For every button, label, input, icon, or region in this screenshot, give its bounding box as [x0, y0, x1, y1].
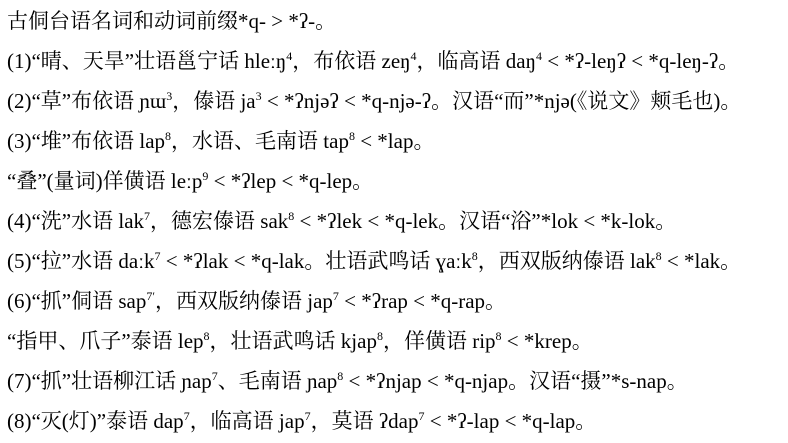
example-2: (2)“草”布依语 ɲɯ3，傣语 ja3 < *ʔnjəʔ < *q-njə-ʔ…: [7, 81, 782, 121]
tone-superscript: 7′: [146, 289, 155, 303]
example-3: (3)“堆”布依语 lap8，水语、毛南语 tap8 < *lap。: [7, 121, 782, 161]
tone-superscript: 4: [536, 49, 542, 63]
tone-superscript: 4: [286, 49, 292, 63]
example-1: (1)“晴、天旱”壮语邕宁话 hleːŋ4，布依语 zeŋ4，临高语 daŋ4 …: [7, 41, 782, 81]
tone-superscript: 7: [419, 409, 425, 423]
example-5: (5)“拉”水语 daːk7 < *ʔlak < *q-lak。壮语武鸣话 ɣa…: [7, 241, 782, 281]
tone-superscript: 7: [305, 409, 311, 423]
tone-superscript: 8: [656, 249, 662, 263]
tone-superscript: 8: [165, 129, 171, 143]
tone-superscript: 9: [202, 169, 208, 183]
example-4: (4)“洗”水语 lak7，德宏傣语 sak8 < *ʔlek < *q-lek…: [7, 201, 782, 241]
tone-superscript: 7: [212, 369, 218, 383]
page: { "page": { "background": "#ffffff", "te…: [0, 0, 788, 443]
title-line: 古侗台语名词和动词前缀*q- > *ʔ-。: [7, 1, 782, 41]
tone-superscript: 8: [349, 129, 355, 143]
document-body: 古侗台语名词和动词前缀*q- > *ʔ-。(1)“晴、天旱”壮语邕宁话 hleː…: [0, 0, 788, 441]
example-8: (8)“灭(灯)”泰语 dap7，临高语 jap7，莫语 ʔdap7 < *ʔ-…: [7, 401, 782, 441]
tone-superscript: 8: [337, 369, 343, 383]
tone-superscript: 8: [472, 249, 478, 263]
tone-superscript: 7: [184, 409, 190, 423]
tone-superscript: 8: [377, 329, 383, 343]
tone-superscript: 8: [204, 329, 210, 343]
example-3b: “叠”(量词)佯僙语 leːp9 < *ʔlep < *q-lep。: [7, 161, 782, 201]
example-7: (7)“抓”壮语柳江话 ɲap7、毛南语 ɲap8 < *ʔnjap < *q-…: [7, 361, 782, 401]
example-6b: “指甲、爪子”泰语 lep8，壮语武鸣话 kjap8，佯僙语 rip8 < *k…: [7, 321, 782, 361]
tone-superscript: 8: [288, 209, 294, 223]
tone-superscript: 4: [411, 49, 417, 63]
tone-superscript: 3: [256, 89, 262, 103]
tone-superscript: 7: [144, 209, 150, 223]
tone-superscript: 8: [496, 329, 502, 343]
example-6: (6)“抓”侗语 sap7′，西双版纳傣语 jap7 < *ʔrap < *q-…: [7, 281, 782, 321]
tone-superscript: 7: [155, 249, 161, 263]
tone-superscript: 3: [166, 89, 172, 103]
tone-superscript: 7: [333, 289, 339, 303]
